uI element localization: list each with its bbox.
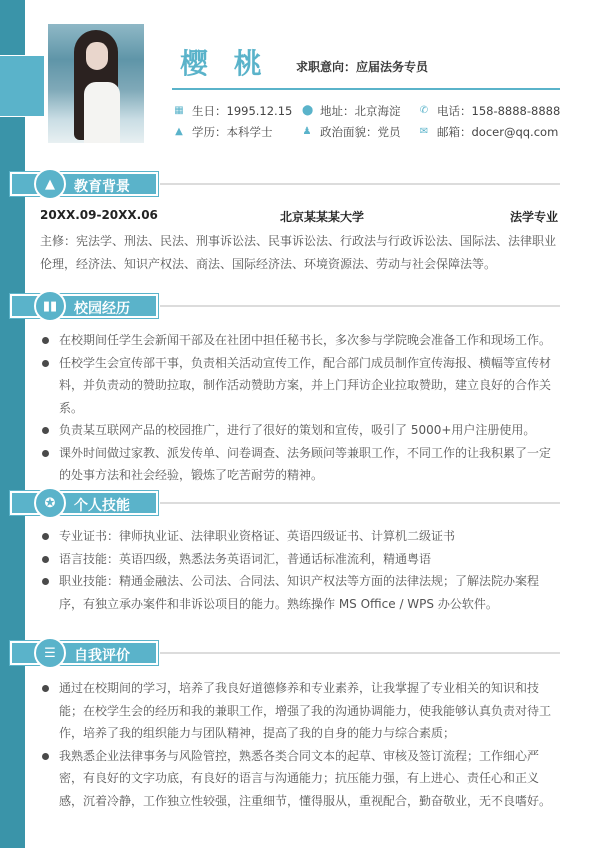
info-email: ✉ 邮箱：docer@qq.com bbox=[419, 124, 558, 140]
info-birthday: ▦ 生日：1995.12.15 bbox=[174, 103, 292, 119]
phone-icon: ✆ bbox=[419, 106, 429, 116]
list-item: 任校学生会宣传部干事，负责相关活动宣传工作，配合部门成员制作宣传海报、横幅等宣传… bbox=[40, 352, 562, 420]
info-email-text: 邮箱：docer@qq.com bbox=[437, 124, 558, 140]
list-item: 在校期间任学生会新闻干部及在社团中担任秘书长，多次参与学院晚会准备工作和现场工作… bbox=[40, 329, 562, 352]
section-divider-education bbox=[160, 183, 560, 185]
section-title-self-eval: 自我评价 bbox=[74, 645, 130, 665]
info-political: ♟ 政治面貌：党员 bbox=[302, 124, 401, 140]
section-title-skills: 个人技能 bbox=[74, 495, 130, 515]
profile-photo bbox=[48, 24, 144, 143]
left-decorative-bar bbox=[0, 0, 25, 848]
graduation-cap-icon: ▲ bbox=[174, 127, 184, 137]
info-education: ▲ 学历：本科学士 bbox=[174, 124, 273, 140]
education-major: 法学专业 bbox=[510, 208, 558, 225]
section-header-education: ▲ 教育背景 bbox=[10, 172, 158, 196]
self-eval-list: 通过在校期间的学习，培养了我良好道德修养和专业素养，让我掌握了专业相关的知识和技… bbox=[40, 677, 562, 812]
info-address: ⬤ 地址：北京海淀 bbox=[302, 103, 401, 119]
list-item: 通过在校期间的学习，培养了我良好道德修养和专业素养，让我掌握了专业相关的知识和技… bbox=[40, 677, 562, 745]
calendar-icon: ▦ bbox=[174, 106, 184, 116]
candidate-name: 樱 桃 bbox=[180, 42, 270, 82]
list-item: 职业技能：精通金融法、公司法、合同法、知识产权法等方面的法律法规；了解法院办案程… bbox=[40, 570, 562, 615]
photo-face bbox=[86, 42, 108, 70]
info-phone: ✆ 电话：158-8888-8888 bbox=[419, 103, 560, 119]
header-divider bbox=[172, 88, 560, 90]
graduation-cap-icon: ▲ bbox=[34, 168, 66, 200]
skills-list: 专业证书：律师执业证、法律职业资格证、英语四级证书、计算机二级证书 语言技能：英… bbox=[40, 525, 562, 615]
info-education-text: 学历：本科学士 bbox=[192, 124, 273, 140]
photo-body bbox=[84, 82, 120, 143]
section-header-skills: ✪ 个人技能 bbox=[10, 491, 158, 515]
info-phone-text: 电话：158-8888-8888 bbox=[437, 103, 560, 119]
education-period: 20XX.09-20XX.06 bbox=[40, 208, 158, 222]
section-divider-skills bbox=[160, 502, 560, 504]
section-divider-self-eval bbox=[160, 652, 560, 654]
book-icon: ▮▮ bbox=[34, 290, 66, 322]
section-header-campus: ▮▮ 校园经历 bbox=[10, 294, 158, 318]
mail-icon: ✉ bbox=[419, 127, 429, 137]
list-icon: ☰ bbox=[34, 637, 66, 669]
section-header-self-eval: ☰ 自我评价 bbox=[10, 641, 158, 665]
list-item: 我熟悉企业法律事务与风险管控，熟悉各类合同文本的起草、审核及签订流程；工作细心严… bbox=[40, 745, 562, 813]
list-item: 专业证书：律师执业证、法律职业资格证、英语四级证书、计算机二级证书 bbox=[40, 525, 562, 548]
award-badge-icon: ✪ bbox=[34, 487, 66, 519]
info-address-text: 地址：北京海淀 bbox=[320, 103, 401, 119]
section-divider-campus bbox=[160, 305, 560, 307]
person-icon: ♟ bbox=[302, 127, 312, 137]
left-decorative-block bbox=[0, 55, 45, 117]
education-courses: 主修：宪法学、刑法、民法、刑事诉讼法、民事诉讼法、行政法与行政诉讼法、国际法、法… bbox=[40, 230, 560, 276]
info-political-text: 政治面貌：党员 bbox=[320, 124, 401, 140]
section-title-campus: 校园经历 bbox=[74, 298, 130, 318]
list-item: 语言技能：英语四级，熟悉法务英语词汇，普通话标准流利，精通粤语 bbox=[40, 548, 562, 571]
info-birthday-text: 生日：1995.12.15 bbox=[192, 103, 292, 119]
list-item: 负责某互联网产品的校园推广，进行了很好的策划和宣传，吸引了 5000+用户注册使… bbox=[40, 419, 562, 442]
education-school: 北京某某某大学 bbox=[280, 208, 364, 225]
section-title-education: 教育背景 bbox=[74, 176, 130, 196]
list-item: 课外时间做过家教、派发传单、问卷调查、法务顾问等兼职工作，不同工作的让我积累了一… bbox=[40, 442, 562, 487]
campus-list: 在校期间任学生会新闻干部及在社团中担任秘书长，多次参与学院晚会准备工作和现场工作… bbox=[40, 329, 562, 487]
job-intent: 求职意向：应届法务专员 bbox=[296, 58, 428, 75]
location-pin-icon: ⬤ bbox=[302, 106, 312, 116]
